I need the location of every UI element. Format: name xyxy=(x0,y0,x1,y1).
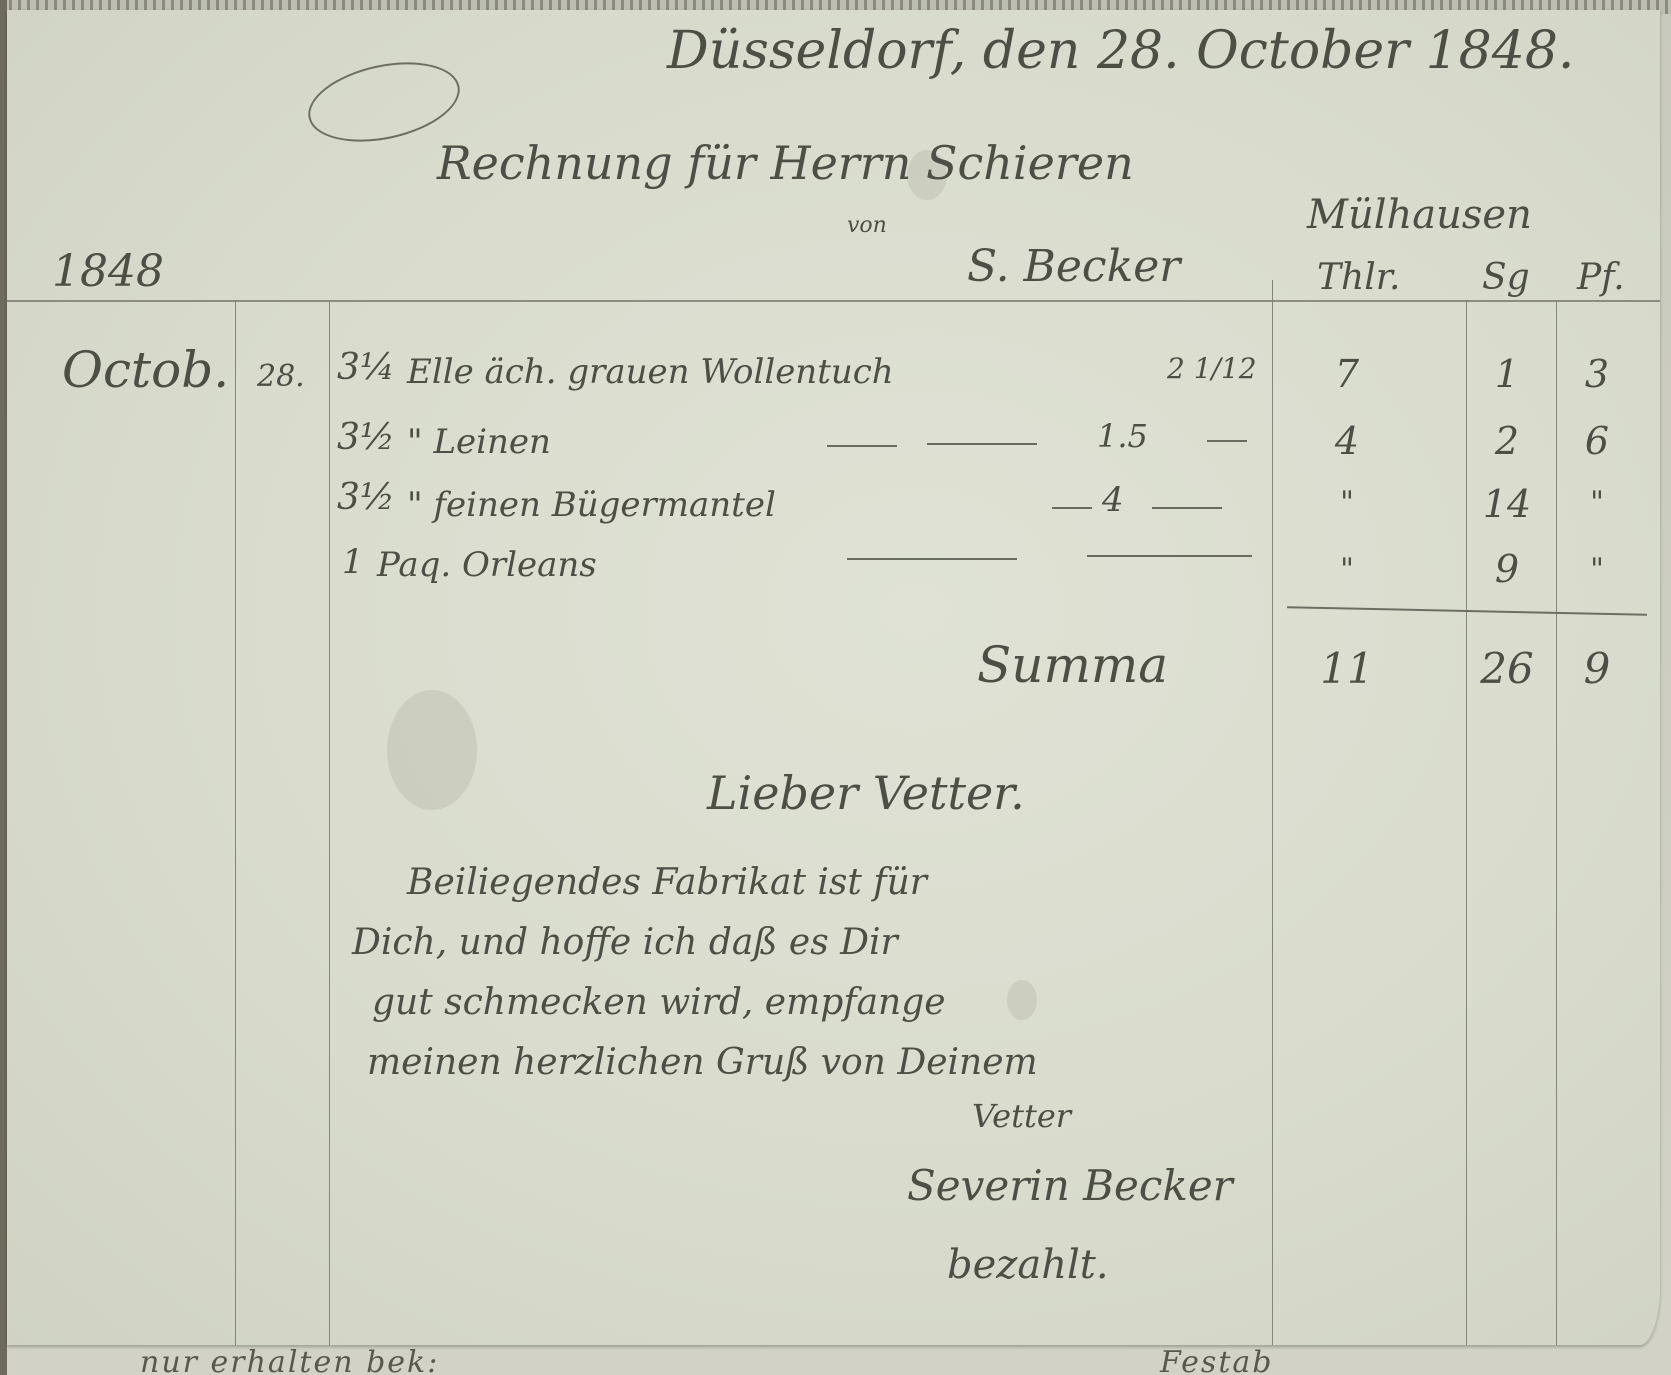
invoice-sheet: Düsseldorf, den 28. October 1848. Rechnu… xyxy=(7,10,1660,1345)
underlying-page-text-left: nur erhalten bek: xyxy=(140,1345,439,1375)
filler-dash xyxy=(1052,507,1092,509)
item-quantity: 3½ xyxy=(337,480,395,516)
filler-dash xyxy=(927,443,1037,445)
letter-salutation: Lieber Vetter. xyxy=(707,770,1025,816)
total-silbergroschen: 26 xyxy=(1477,648,1537,690)
item-silbergroschen: 9 xyxy=(1477,550,1537,588)
item-description: " Leinen xyxy=(407,425,551,459)
thaler-column-rule xyxy=(1272,280,1273,1345)
item-unit-price: 2 1/12 xyxy=(1167,355,1257,383)
silbergroschen-column-rule xyxy=(1466,300,1467,1345)
item-pfennig: " xyxy=(1567,555,1627,585)
letter-body-line: gut schmecken wird, empfange xyxy=(372,985,946,1021)
item-quantity: 1 xyxy=(342,545,364,579)
item-thaler: " xyxy=(1317,555,1377,585)
invoice-title: Rechnung für Herrn Schieren xyxy=(437,140,1134,186)
total-pfennig: 9 xyxy=(1567,648,1627,690)
item-pfennig: 3 xyxy=(1567,355,1627,393)
item-description: Elle äch. grauen Wollentuch xyxy=(407,355,894,389)
total-thaler: 11 xyxy=(1317,648,1377,690)
letter-closing: Vetter xyxy=(972,1100,1071,1132)
filler-dash xyxy=(1087,555,1252,557)
entry-day: 28. xyxy=(257,362,305,392)
place-date: Düsseldorf, den 28. October 1848. xyxy=(667,25,1574,77)
entry-month: Octob. xyxy=(62,345,229,395)
letter-body-line: Dich, und hoffe ich daß es Dir xyxy=(352,925,898,961)
item-thaler: " xyxy=(1317,488,1377,518)
item-silbergroschen: 1 xyxy=(1477,355,1537,393)
seller-name: S. Becker xyxy=(967,245,1180,289)
paper-stain xyxy=(387,690,477,810)
paid-note: bezahlt. xyxy=(947,1245,1109,1285)
item-unit-price: 4 xyxy=(1102,483,1124,517)
filler-dash xyxy=(1207,440,1247,442)
recipient-location: Mülhausen xyxy=(1307,195,1532,235)
item-quantity: 3¼ xyxy=(337,350,395,386)
item-unit-price: 1.5 xyxy=(1097,420,1148,452)
item-quantity: 3½ xyxy=(337,420,395,456)
letter-signature: Severin Becker xyxy=(907,1165,1233,1207)
column-header-pfennig: Pf. xyxy=(1577,260,1625,296)
item-pfennig: 6 xyxy=(1567,422,1627,460)
sum-rule xyxy=(1287,606,1647,616)
left-binding-edge xyxy=(0,0,7,1375)
date-column-rule xyxy=(235,300,236,1345)
total-label: Summa xyxy=(977,640,1168,690)
column-header-thaler: Thlr. xyxy=(1317,260,1400,296)
item-thaler: 4 xyxy=(1317,422,1377,460)
item-silbergroschen: 14 xyxy=(1477,485,1537,523)
filler-dash xyxy=(1152,507,1222,509)
from-label: von xyxy=(847,215,887,237)
item-silbergroschen: 2 xyxy=(1477,422,1537,460)
paper-stain xyxy=(1007,980,1037,1020)
filler-dash xyxy=(847,558,1017,560)
underlying-page-text-right: Festab xyxy=(1160,1345,1273,1375)
description-column-rule xyxy=(329,300,330,1345)
filler-dash xyxy=(827,445,897,447)
letter-body-line: Beiliegendes Fabrikat ist für xyxy=(407,865,927,901)
item-description: Paq. Orleans xyxy=(377,548,597,582)
letter-body-line: meinen herzlichen Gruß von Deinem xyxy=(367,1045,1038,1081)
pfennig-column-rule xyxy=(1556,300,1557,1345)
column-header-silbergroschen: Sg xyxy=(1482,260,1530,296)
item-thaler: 7 xyxy=(1317,355,1377,393)
item-description: " feinen Bügermantel xyxy=(407,488,776,522)
header-rule xyxy=(7,300,1660,302)
year-header: 1848 xyxy=(52,250,164,294)
item-pfennig: " xyxy=(1567,488,1627,518)
